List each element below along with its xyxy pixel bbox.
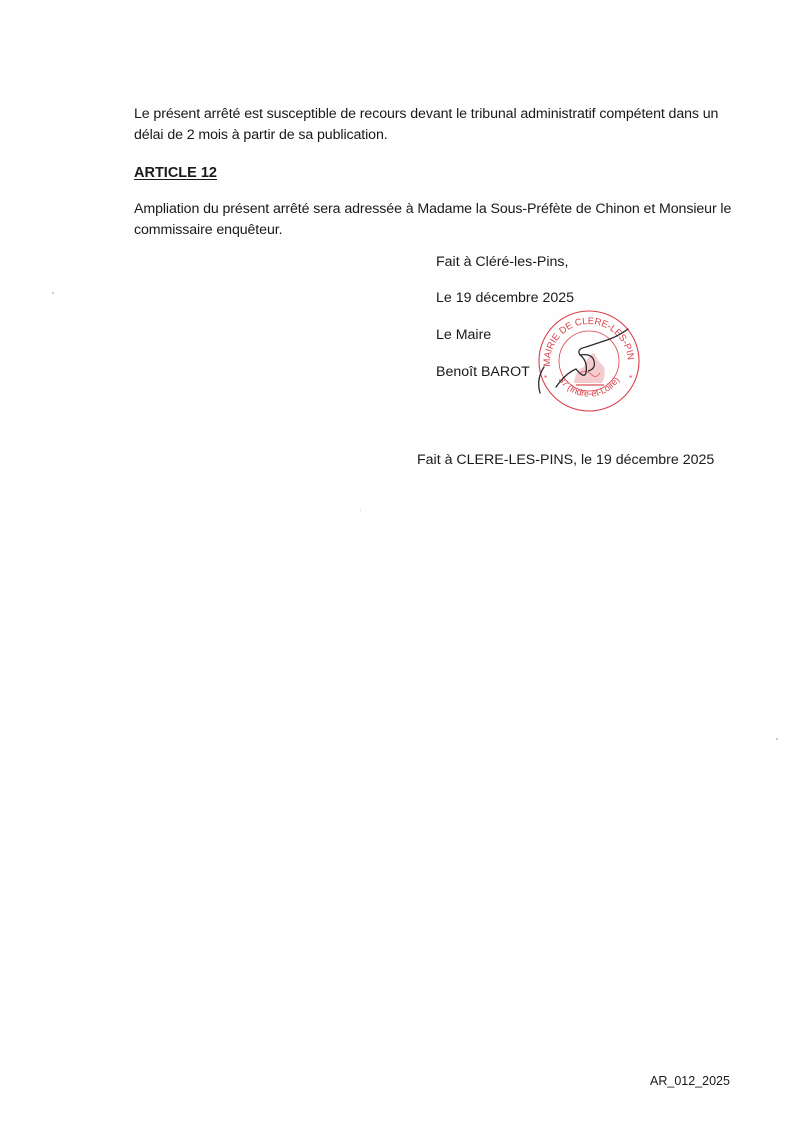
stamp-top-text: MAIRIE DE CLERE-LES-PINS [536, 309, 636, 367]
signature-role: Le Maire [436, 326, 491, 344]
ampliation-paragraph: Ampliation du présent arrêté sera adress… [134, 199, 734, 241]
signature-date: Le 19 décembre 2025 [436, 289, 574, 307]
scan-speck [52, 292, 54, 294]
svg-text:*: * [629, 374, 632, 383]
signature-name: Benoît BAROT [436, 363, 530, 381]
svg-text:*: * [544, 374, 547, 383]
signature-place: Fait à Cléré-les-Pins, [436, 253, 568, 271]
scan-speck [776, 738, 778, 740]
document-page: Le présent arrêté est susceptible de rec… [0, 0, 800, 1132]
appeal-paragraph: Le présent arrêté est susceptible de rec… [134, 104, 734, 146]
article-heading: ARTICLE 12 [134, 165, 217, 181]
document-reference: AR_012_2025 [650, 1073, 730, 1089]
mairie-stamp-icon: MAIRIE DE CLERE-LES-PINS 37 (Indre-et-Lo… [536, 309, 642, 413]
scan-speck [360, 510, 361, 511]
footer-place-date: Fait à CLERE-LES-PINS, le 19 décembre 20… [417, 451, 714, 469]
